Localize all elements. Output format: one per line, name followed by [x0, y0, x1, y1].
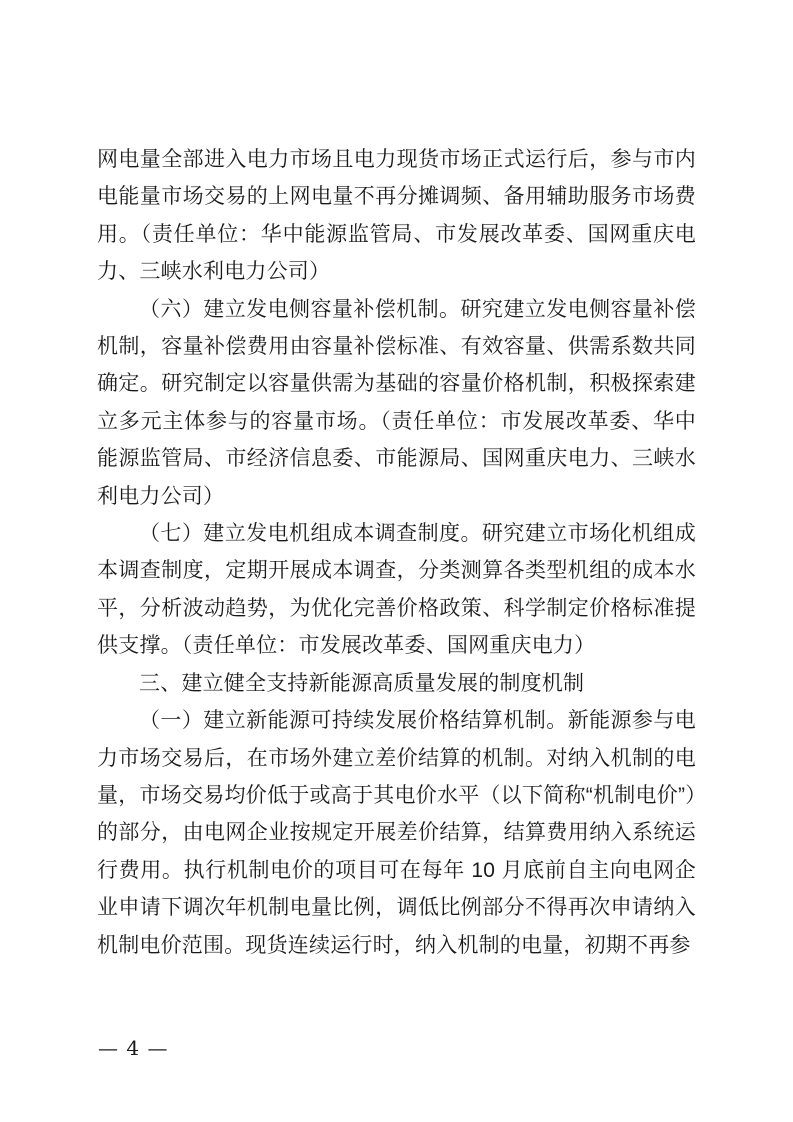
paragraph-item-seven: （七）建立发电机组成本调查制度。研究建立市场化机组成本调查制度，定期开展成本调查… — [97, 515, 696, 665]
paragraph-item-one: （一）建立新能源可持续发展价格结算机制。新能源参与电力市场交易后，在市场外建立差… — [97, 702, 696, 964]
section-heading-three: 三、建立健全支持新能源高质量发展的制度机制 — [97, 665, 696, 702]
document-page: 网电量全部进入电力市场且电力现货市场正式运行后，参与市内电能量市场交易的上网电量… — [0, 0, 793, 1122]
paragraph-item-six: （六）建立发电侧容量补偿机制。研究建立发电侧容量补偿机制，容量补偿费用由容量补偿… — [97, 291, 696, 515]
paragraph-continuation: 网电量全部进入电力市场且电力现货市场正式运行后，参与市内电能量市场交易的上网电量… — [97, 141, 696, 291]
page-number: — 4 — — [98, 1036, 168, 1060]
document-body: 网电量全部进入电力市场且电力现货市场正式运行后，参与市内电能量市场交易的上网电量… — [97, 141, 696, 964]
